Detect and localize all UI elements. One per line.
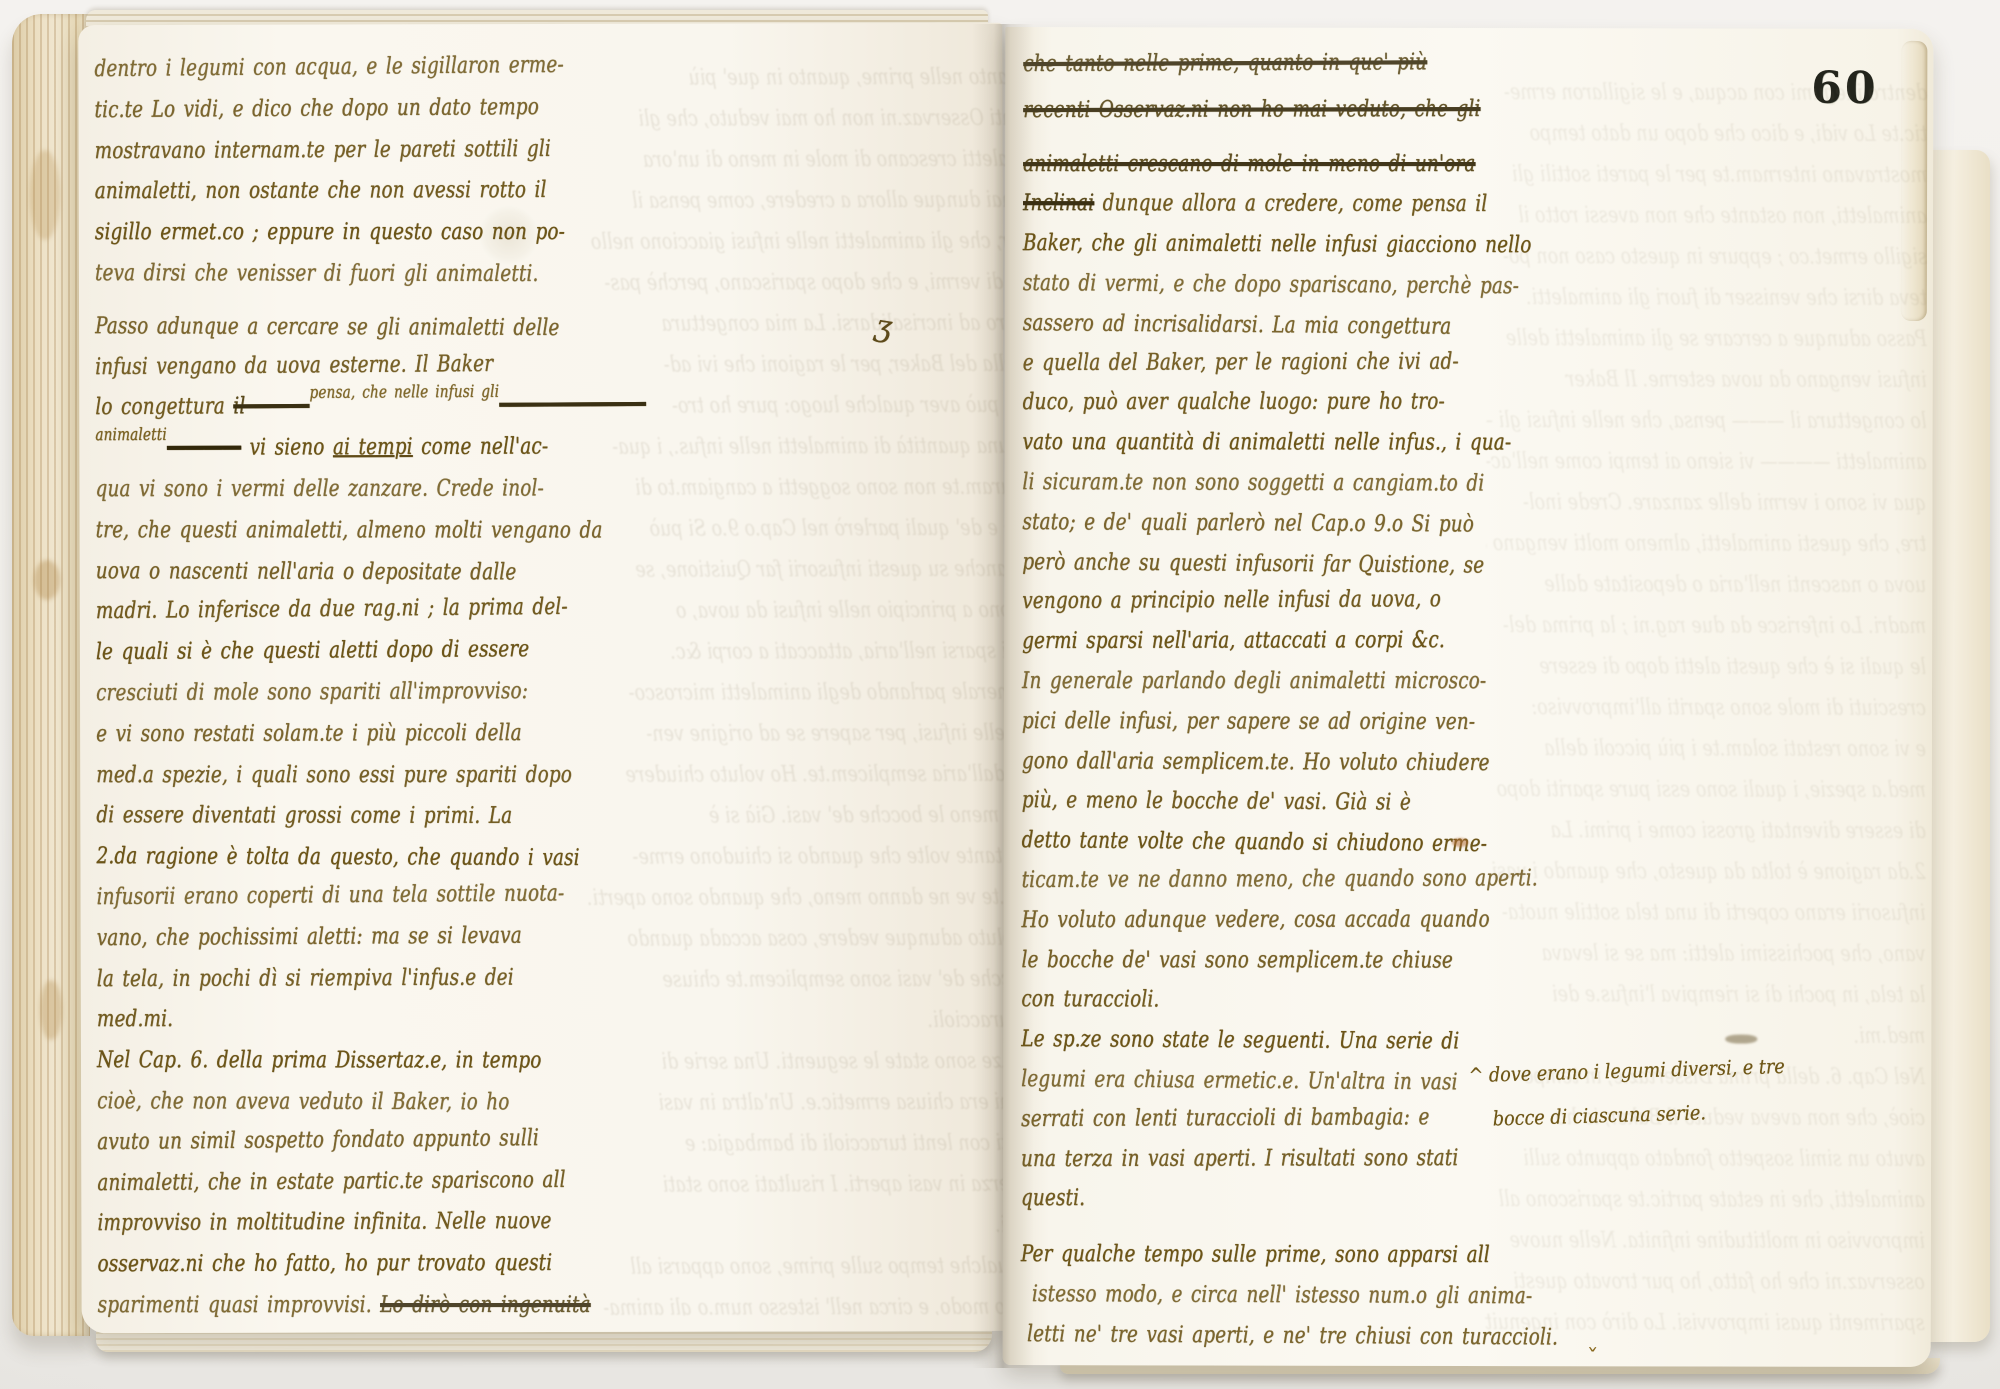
handwritten-text: vato una quantità di animaletti nelle in…: [1023, 429, 1512, 455]
handwritten-text: sassero ad incrisalidarsi. La mia conget…: [1023, 310, 1452, 340]
manuscript-line: osservaz.ni che ho fatto, ho pur trovato…: [97, 1243, 491, 1285]
handwritten-text: con turaccioli.: [1021, 986, 1159, 1012]
manuscript-line: una terza in vasi aperti. I risultati so…: [1021, 1139, 1400, 1180]
handwritten-text: uova o nascenti nell'aria o depositate d…: [96, 558, 517, 585]
manuscript-line: dentro i legumi con acqua, e le sigillar…: [94, 46, 488, 90]
manuscript-photo: dentro i legumi con acqua, e le sigillar…: [0, 0, 2000, 1389]
manuscript-line: pici delle infusi, per sapere se ad orig…: [1022, 702, 1401, 743]
manuscript-line: mostravano internam.te per le pareti sot…: [95, 129, 489, 172]
bleedthrough-line: madri. Lo inferisce da due rag.ni ; la p…: [1574, 605, 1926, 647]
struck-text: che tanto nelle prime, quanto in que' pi…: [1023, 49, 1427, 77]
handwritten-text: più, e meno le bocche de' vasi. Già si è: [1022, 787, 1411, 816]
bleedthrough-line: stato; e de' quali parlerò nel Cap.o 9.o…: [681, 508, 1054, 550]
manuscript-line: In generale parlando degli animaletti mi…: [1022, 662, 1401, 702]
ink-smudge: [1725, 1035, 1757, 1044]
manuscript-line: di essere diventati grossi come i primi.…: [96, 796, 490, 837]
manuscript-line: e vi sono restati solam.te i più piccoli…: [96, 713, 490, 755]
bleedthrough-line: Passo adunque a cercare se gli animalett…: [1575, 318, 1927, 360]
manuscript-line: animaletti ———— vi sieno ai tempi come n…: [95, 427, 489, 469]
bleedthrough-line: duco, può aver qualche luogo: pure ho tr…: [680, 385, 1053, 427]
manuscript-line: tic.te Lo vidi, e dico che dopo un dato …: [94, 87, 488, 131]
bleedthrough-line: avuto un simil sospetto fondato appunto …: [1573, 1138, 1925, 1180]
insertion-mark: ʒ: [872, 308, 894, 345]
bleedthrough-line: questi.: [683, 1205, 1056, 1247]
manuscript-line: stato di vermi, e che dopo spariscano, p…: [1023, 264, 1402, 306]
handwritten-text: una terza in vasi aperti. I risultati so…: [1021, 1145, 1458, 1172]
manuscript-line: animaletti crescano di mole in meno di u…: [1023, 145, 1402, 185]
bleedthrough-line: Ho voluto adunque vedere, cosa accada qu…: [682, 918, 1055, 960]
handwritten-text: tic.te Lo vidi, e dico che dopo un dato …: [94, 94, 539, 123]
struck-text: Inclinai: [1023, 190, 1094, 216]
manuscript-line: animaletti, che in estate partic.te spar…: [97, 1160, 491, 1204]
handwritten-text: e vi sono restati solam.te i più piccoli…: [96, 720, 522, 747]
manuscript-line: Ho voluto adunque vedere, cosa accada qu…: [1022, 900, 1401, 940]
manuscript-line: li sicuram.te non sono soggetti a cangia…: [1022, 463, 1401, 504]
manuscript-line: recenti Osservaz.ni non ho mai veduto, c…: [1023, 90, 1402, 131]
manuscript-line: cresciuti di mole sono spariti all'impro…: [96, 671, 490, 714]
handwritten-text: Nel Cap. 6. della prima Dissertaz.e, in …: [97, 1047, 542, 1073]
manuscript-line: cioè, che non aveva veduto il Baker, io …: [97, 1081, 491, 1123]
page-stack-bottom-edge: [96, 1330, 992, 1352]
handwritten-text: mostravano internam.te per le pareti sot…: [95, 136, 551, 164]
bleedthrough-line: stato di vermi, e che dopo spariscano, p…: [680, 262, 1053, 304]
manuscript-line: med.mi.: [97, 999, 491, 1040]
handwritten-text: le quali si è che questi aletti dopo di …: [96, 636, 530, 665]
bleedthrough-line: detto tante volte che quando si chiudono…: [682, 836, 1055, 878]
handwritten-text: 2.da ragione è tolta da questo, che quan…: [96, 843, 579, 871]
handwritten-text: madri. Lo inferisce da due rag.ni ; la p…: [96, 594, 568, 624]
margin-note: ^ dove erano i legumi diversi, e trebocc…: [1468, 1040, 1930, 1141]
handwritten-text: dentro i legumi con acqua, e le sigillar…: [94, 52, 564, 82]
manuscript-line: ticam.te ve ne danno meno, che quando so…: [1022, 860, 1401, 901]
handwritten-text: vano, che pochissimi aletti: ma se si le…: [97, 922, 522, 951]
manuscript-line: però anche su questi infusorii far Quist…: [1022, 543, 1401, 586]
handwritten-text: detto tante volte che quando si chiudono…: [1022, 827, 1488, 857]
handwritten-text: dunque allora a credere, come pensa il: [1094, 191, 1487, 218]
manuscript-line: tre, che questi animaletti, almeno molti…: [96, 510, 490, 551]
handwritten-text: Per qualche tempo sulle prime, sono appa…: [1021, 1241, 1490, 1268]
bleedthrough-line: gono dall'aria semplicem.te. Ho voluto c…: [681, 754, 1054, 796]
bleedthrough-line: infusi vengano da uova esterne. Il Baker: [1575, 359, 1927, 401]
right-page-text: che tanto nelle prime, quanto in que' pi…: [1021, 45, 1498, 1355]
handwritten-text: improvviso in moltitudine infinita. Nell…: [97, 1208, 551, 1236]
handwritten-text: gono dall'aria semplicem.te. Ho voluto c…: [1022, 748, 1490, 776]
bleedthrough-line: sassero ad incrisalidarsi. La mia conget…: [680, 303, 1053, 345]
bleedthrough-line: lo congettura il ——— pensa, che nelle in…: [1575, 400, 1927, 442]
struck-text: ————: [167, 435, 241, 461]
manuscript-line: animaletti, non ostante che non avessi r…: [95, 171, 489, 213]
handwritten-text: avuto un simil sospetto fondato appunto …: [97, 1125, 539, 1155]
manuscript-line: che tanto nelle prime, quanto in que' pi…: [1023, 43, 1402, 84]
bleedthrough-line: e quella del Baker, per le ragioni che i…: [680, 344, 1053, 386]
page-number: 60: [1811, 62, 1879, 114]
manuscript-line: istesso modo, e circa nell' istesso num.…: [1021, 1275, 1400, 1316]
bleedthrough-line: ticam.te ve ne danno meno, che quando so…: [682, 877, 1055, 919]
manuscript-line: sassero ad incrisalidarsi. La mia conget…: [1023, 304, 1402, 347]
handwritten-text: legumi era chiusa ermetic.e. Un'altra in…: [1021, 1066, 1458, 1095]
handwritten-text: pensa, che nelle infusi gli: [309, 372, 499, 414]
bleedthrough-line: qua vi sono i vermi delle zanzare. Crede…: [1574, 482, 1926, 524]
foxing-stain: [40, 980, 62, 1040]
left-page: dentro i legumi con acqua, e le sigillar…: [78, 23, 1005, 1333]
bleedthrough-line: li sicuram.te non sono soggetti a cangia…: [681, 467, 1054, 509]
manuscript-line: le bocche de' vasi sono semplicem.te chi…: [1021, 941, 1400, 981]
handwritten-text: come nell'ac-: [413, 434, 549, 461]
handwritten-text: stato di vermi, e che dopo spariscano, p…: [1023, 270, 1519, 299]
manuscript-line: gono dall'aria semplicem.te. Ho voluto c…: [1022, 742, 1401, 783]
handwritten-text: med.mi.: [97, 1006, 173, 1032]
handwritten-text: serrati con lenti turaccioli di bambagia…: [1021, 1104, 1429, 1132]
handwritten-text: animaletti: [95, 415, 167, 456]
handwritten-text: animaletti, non ostante che non avessi r…: [95, 177, 547, 204]
manuscript-line: le quali si è che questi aletti dopo di …: [96, 630, 490, 674]
handwritten-text: ai tempi: [333, 434, 413, 460]
manuscript-line: infusorii erano coperti di una tela sott…: [96, 874, 490, 918]
manuscript-line: 2.da ragione è tolta da questo, che quan…: [96, 836, 490, 878]
handwritten-text: vengono a principio nelle infusi da uova…: [1022, 587, 1441, 615]
handwritten-text: ticam.te ve ne danno meno, che quando so…: [1022, 865, 1538, 893]
handwritten-text: li sicuram.te non sono soggetti a cangia…: [1022, 469, 1484, 496]
struck-text: ———— ———: [499, 391, 646, 418]
bleedthrough-line: che tanto nelle prime, quanto in que' pi…: [680, 57, 1053, 99]
manuscript-line: avuto un simil sospetto fondato appunto …: [97, 1118, 491, 1162]
handwritten-text: In generale parlando degli animaletti mi…: [1022, 668, 1486, 694]
manuscript-line: improvviso in moltitudine infinita. Nell…: [97, 1202, 491, 1245]
bleedthrough-line: tic.te Lo vidi, e dico che dopo un dato …: [1575, 113, 1927, 155]
handwritten-text: med.a spezie, i quali sono essi pure spa…: [96, 762, 572, 788]
handwritten-text: istesso modo, e circa nell' istesso num.…: [1032, 1281, 1532, 1309]
handwritten-text: Le sp.ze sono state le seguenti. Una ser…: [1021, 1026, 1459, 1054]
struck-text: recenti Osservaz.ni non ho mai veduto, c…: [1023, 96, 1480, 123]
caret-mark: ˇ: [1587, 1344, 1599, 1372]
struck-text: animaletti crescano di mole in meno di u…: [1023, 151, 1475, 177]
bleedthrough-line: vato una quantità di animaletti nelle in…: [681, 426, 1054, 468]
bleedthrough-line: e vi sono restati solam.te i più piccoli…: [1574, 728, 1926, 770]
bleedthrough-line: legumi era chiusa ermetic.e. Un'altra in…: [682, 1082, 1055, 1124]
manuscript-line: stato; e de' quali parlerò nel Cap.o 9.o…: [1022, 503, 1401, 545]
manuscript-line: vano, che pochissimi aletti: ma se si le…: [97, 916, 491, 959]
handwritten-text: cioè, che non aveva veduto il Baker, io …: [97, 1088, 509, 1115]
handwritten-text: letti ne' tre vasi aperti, e ne' tre chi…: [1027, 1321, 1558, 1350]
bleedthrough-line: Baker, che gli animaletti nelle infusi g…: [680, 221, 1053, 263]
bleedthrough-line: le quali si è che questi aletti dopo di …: [1574, 646, 1926, 688]
bleedthrough-line: sigillo ermet.co ; eppure in questo caso…: [1575, 236, 1927, 278]
bleedthrough-line: teva dirsi che venisser di fuori gli ani…: [1575, 277, 1927, 319]
manuscript-line: Inclinai dunque allora a credere, come p…: [1023, 184, 1402, 225]
struck-text: Lo dirò con ingenuità: [380, 1292, 591, 1318]
bleedthrough-line: vengono a principio nelle infusi da uova…: [681, 590, 1054, 632]
foxing-stain: [34, 560, 60, 600]
handwritten-text: però anche su questi infusorii far Quist…: [1022, 549, 1484, 578]
manuscript-line: detto tante volte che quando si chiudono…: [1022, 821, 1401, 864]
manuscript-line: germi sparsi nell'aria, attaccati a corp…: [1022, 621, 1401, 662]
ink-bleedthrough: dentro i legumi con acqua, e le sigillar…: [1485, 72, 1928, 1357]
bleedthrough-line: mostravano internam.te per le pareti sot…: [1575, 154, 1927, 196]
manuscript-line: sparimenti quasi improvvisi. Lo dirò con…: [98, 1285, 492, 1326]
handwritten-text: la tela, in pochi dì si riempiva l'infus…: [97, 964, 514, 992]
manuscript-line: madri. Lo inferisce da due rag.ni ; la p…: [96, 588, 490, 632]
handwritten-text: duco, può aver qualche luogo: pure ho tr…: [1023, 389, 1445, 415]
manuscript-line: Nel Cap. 6. della prima Dissertaz.e, in …: [97, 1040, 491, 1081]
bleedthrough-line: cresciuti di mole sono spariti all'impro…: [1574, 687, 1926, 729]
page-corner-fold: [1901, 41, 1928, 321]
handwritten-text: stato; e de' quali parlerò nel Cap.o 9.o…: [1022, 509, 1474, 537]
bleedthrough-line: med.a spezie, i quali sono essi pure spa…: [1574, 769, 1926, 811]
manuscript-line: legumi era chiusa ermetic.e. Un'altra in…: [1021, 1060, 1400, 1103]
bleedthrough-line: più, e meno le bocche de' vasi. Già si è: [682, 795, 1055, 837]
struck-text: il ———: [233, 393, 309, 419]
handwritten-text: le bocche de' vasi sono semplicem.te chi…: [1021, 947, 1453, 973]
manuscript-line: teva dirsi che venisser di fuori gli ani…: [95, 253, 489, 294]
bleedthrough-line: una terza in vasi aperti. I risultati so…: [682, 1164, 1055, 1206]
foxing-stain: [30, 150, 60, 240]
handwritten-text: germi sparsi nell'aria, attaccati a corp…: [1022, 627, 1445, 654]
bleedthrough-line: vano, che pochissimi aletti: ma se si le…: [1573, 933, 1925, 975]
handwritten-text: questi.: [1021, 1185, 1085, 1211]
bleedthrough-line: germi sparsi nell'aria, attaccati a corp…: [681, 631, 1054, 673]
manuscript-line: Passo adunque a cercare se gli animalett…: [95, 306, 489, 348]
handwritten-text: Baker, che gli animaletti nelle infusi g…: [1023, 230, 1532, 258]
bleedthrough-line: serrati con lenti turaccioli di bambagia…: [682, 1123, 1055, 1165]
right-page: 60 che tanto nelle prime, quanto in que'…: [1003, 27, 1934, 1367]
manuscript-line: Baker, che gli animaletti nelle infusi g…: [1023, 224, 1402, 265]
bleedthrough-line: sparimenti quasi improvvisi. Lo dirò con…: [1573, 1302, 1925, 1344]
bleedthrough-line: però anche su questi infusorii far Quist…: [681, 549, 1054, 591]
manuscript-line: e quella del Baker, per le ragioni che i…: [1023, 342, 1402, 383]
handwritten-text: di essere diventati grossi come i primi.…: [96, 803, 512, 830]
handwritten-text: animaletti, che in estate partic.te spar…: [97, 1166, 565, 1195]
page-stack-right-edge: [1924, 150, 1990, 1342]
handwritten-text: cresciuti di mole sono spariti all'impro…: [96, 678, 528, 706]
manuscript-line: vengono a principio nelle infusi da uova…: [1022, 581, 1401, 622]
handwritten-text: infusorii erano coperti di una tela sott…: [96, 880, 564, 910]
manuscript-line: la tela, in pochi dì si riempiva l'infus…: [97, 957, 491, 999]
bleedthrough-line: uova o nascenti nell'aria o depositate d…: [1574, 564, 1926, 606]
manuscript-line: più, e meno le bocche de' vasi. Già si è: [1022, 781, 1401, 823]
manuscript-line: qua vi sono i vermi delle zanzare. Crede…: [95, 469, 489, 510]
manuscript-line: duco, può aver qualche luogo: pure ho tr…: [1023, 383, 1402, 423]
handwritten-text: Ho voluto adunque vedere, cosa accada qu…: [1022, 906, 1490, 933]
handwritten-text: tre, che questi animaletti, almeno molti…: [96, 517, 603, 543]
handwritten-text: sigillo ermet.co ; eppure in questo caso…: [95, 219, 565, 245]
bleedthrough-line: Per qualche tempo sulle prime, sono appa…: [683, 1246, 1056, 1288]
manuscript-line: con turaccioli.: [1021, 980, 1400, 1021]
handwritten-text: osservaz.ni che ho fatto, ho pur trovato…: [97, 1250, 552, 1277]
handwritten-text: teva dirsi che venisser di fuori gli ani…: [95, 260, 539, 287]
bleedthrough-line: la tela, in pochi dì si riempiva l'infus…: [1573, 974, 1925, 1016]
bleedthrough-line: con turaccioli.: [682, 1000, 1055, 1042]
manuscript-line: Le sp.ze sono state le seguenti. Una ser…: [1021, 1020, 1400, 1062]
manuscript-line: uova o nascenti nell'aria o depositate d…: [96, 551, 490, 593]
bleedthrough-line: le bocche de' vasi sono semplicem.te chi…: [682, 959, 1055, 1001]
manuscript-line: sigillo ermet.co ; eppure in questo caso…: [95, 212, 489, 253]
manuscript-line: med.a spezie, i quali sono essi pure spa…: [96, 755, 490, 796]
bleedthrough-line: 2.da ragione è tolta da questo, che quan…: [1574, 851, 1926, 893]
bleedthrough-line: improvviso in moltitudine infinita. Nell…: [1573, 1220, 1925, 1262]
bleedthrough-line: pici delle infusi, per sapere se ad orig…: [681, 713, 1054, 755]
manuscript-line: questi.: [1021, 1179, 1400, 1219]
bleedthrough-line: istesso modo, e circa nell' istesso num.…: [683, 1287, 1056, 1316]
bleedthrough-line: tre, che questi animaletti, almeno molti…: [1574, 523, 1926, 565]
bleedthrough-line: di essere diventati grossi come i primi.…: [1574, 810, 1926, 852]
left-page-text: dentro i legumi con acqua, e le sigillar…: [94, 48, 589, 1326]
handwritten-text: Passo adunque a cercare se gli animalett…: [95, 313, 559, 341]
bleedthrough-line: animaletti, non ostante che non avessi r…: [1575, 195, 1927, 237]
bleedthrough-line: In generale parlando degli animaletti mi…: [681, 672, 1054, 714]
bleedthrough-line: animaletti, che in estate partic.te spar…: [1573, 1179, 1925, 1221]
handwritten-text: e quella del Baker, per le ragioni che i…: [1023, 348, 1459, 375]
handwritten-text: sparimenti quasi improvvisi.: [98, 1292, 381, 1318]
bleedthrough-line: animaletti crescano di mole in meno di u…: [680, 139, 1053, 181]
handwritten-text: vi sieno: [241, 434, 333, 460]
bleedthrough-line: Le sp.ze sono state le seguenti. Una ser…: [682, 1041, 1055, 1083]
manuscript-line: letti ne' tre vasi aperti, e ne' tre chi…: [1021, 1315, 1400, 1357]
bleedthrough-line: Inclinai dunque allora a credere, come p…: [680, 180, 1053, 222]
handwritten-text: pici delle infusi, per sapere se ad orig…: [1022, 708, 1475, 735]
ink-bleedthrough: che tanto nelle prime, quanto in que' pi…: [586, 57, 1055, 1316]
manuscript-line: vato una quantità di animaletti nelle in…: [1023, 423, 1402, 463]
bleedthrough-line: infusorii erano coperti di una tela sott…: [1574, 892, 1926, 934]
handwritten-text: qua vi sono i vermi delle zanzare. Crede…: [95, 475, 543, 502]
manuscript-line: serrati con lenti turaccioli di bambagia…: [1021, 1098, 1400, 1139]
bleedthrough-line: animaletti ———— vi sieno ai tempi come n…: [1574, 441, 1926, 483]
bleedthrough-line: osservaz.ni che ho fatto, ho pur trovato…: [1573, 1261, 1925, 1303]
bleedthrough-line: recenti Osservaz.ni non ho mai veduto, c…: [680, 98, 1053, 140]
manuscript-line: Per qualche tempo sulle prime, sono appa…: [1021, 1235, 1400, 1276]
